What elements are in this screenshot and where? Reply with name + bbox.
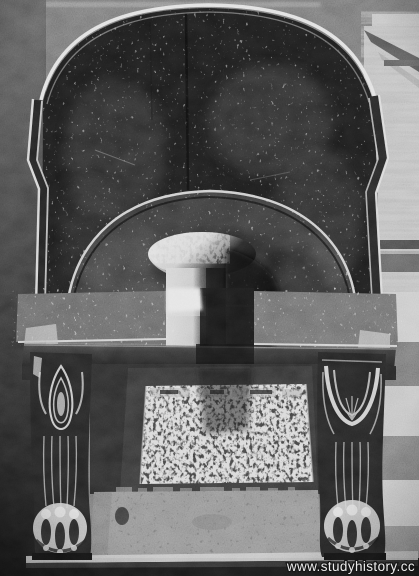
film-grain-overlay (0, 0, 419, 576)
photo-frame: www.studyhistory.cc (0, 0, 419, 576)
watermark-text: www.studyhistory.cc (286, 559, 415, 574)
